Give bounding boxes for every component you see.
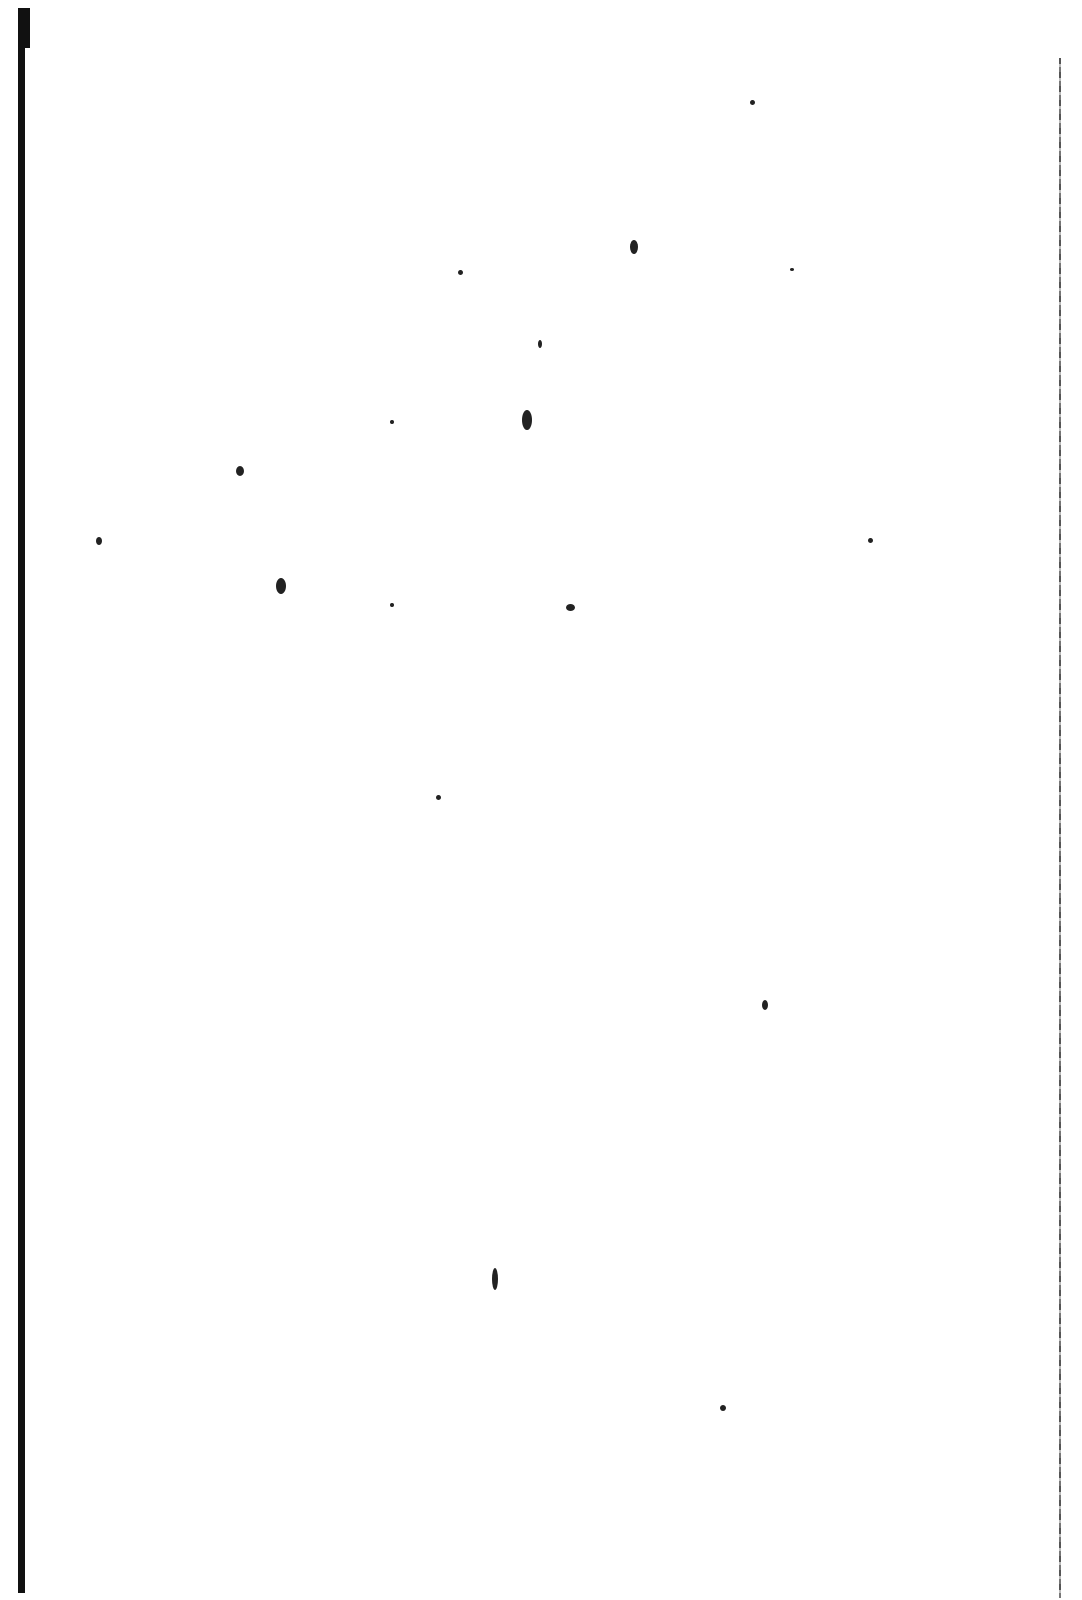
speck [566,604,575,611]
speck [276,578,286,594]
speck [390,420,394,424]
speck [720,1405,726,1411]
speck [96,537,102,545]
speck [790,268,794,271]
speck [538,340,542,348]
scan-noise [0,0,1082,1600]
speck [868,538,873,543]
speck [630,240,638,254]
speck [522,410,532,430]
speck [436,795,441,800]
speck [492,1268,498,1290]
speck [458,270,463,275]
speck [390,603,394,607]
speck [750,100,755,105]
speck [762,1000,768,1010]
speck [236,466,244,476]
